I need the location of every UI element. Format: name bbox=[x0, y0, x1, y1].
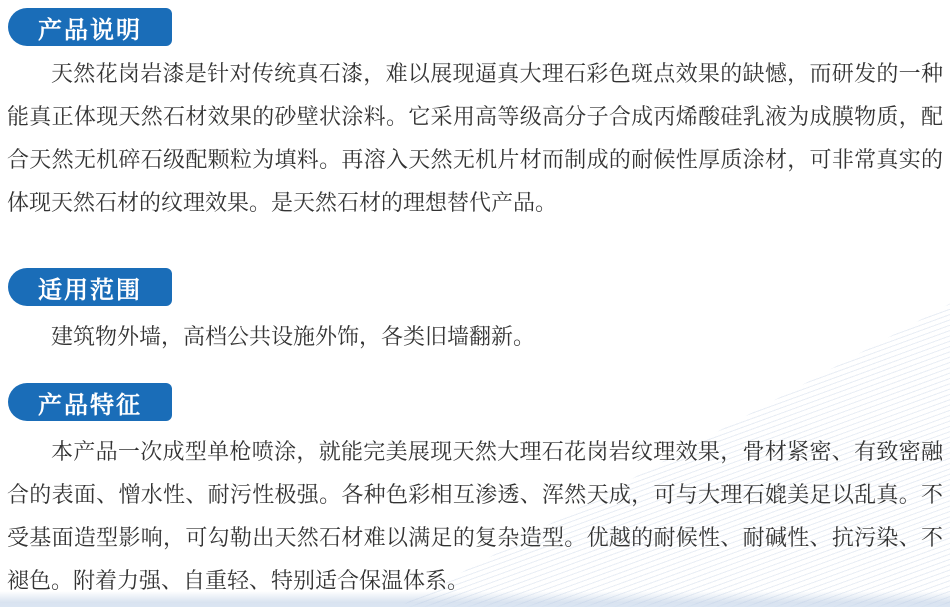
section-body-applicable-scope: 建筑物外墙，高档公共设施外饰，各类旧墙翻新。 bbox=[7, 315, 943, 358]
section-body-product-features: 本产品一次成型单枪喷涂，就能完美展现天然大理石花岗岩纹理效果，骨材紧密、有致密融… bbox=[7, 430, 943, 602]
section-badge-applicable-scope: 适用范围 bbox=[8, 268, 172, 306]
section-body-product-description: 天然花岗岩漆是针对传统真石漆，难以展现逼真大理石彩色斑点效果的缺憾，而研发的一种… bbox=[7, 52, 943, 224]
product-info-page: 产品说明 天然花岗岩漆是针对传统真石漆，难以展现逼真大理石彩色斑点效果的缺憾，而… bbox=[0, 0, 950, 607]
section-badge-product-features: 产品特征 bbox=[8, 383, 172, 421]
section-badge-product-description: 产品说明 bbox=[8, 8, 172, 46]
